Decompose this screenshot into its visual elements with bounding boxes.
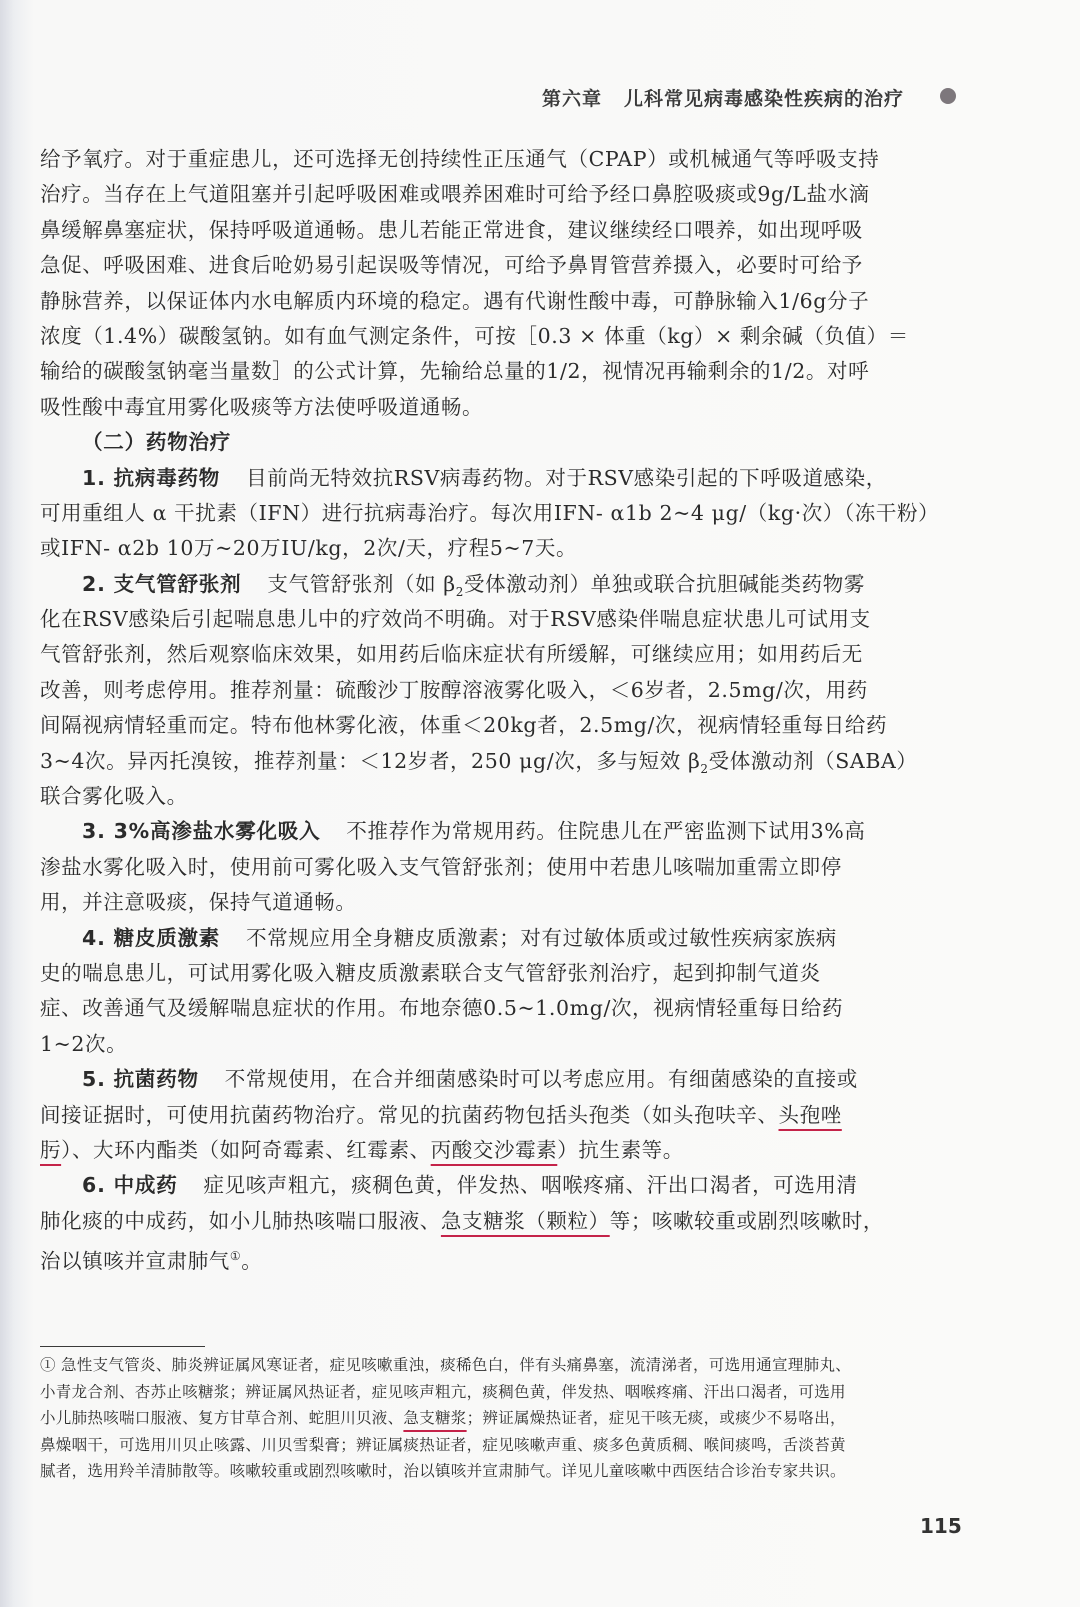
item-glucocorticoid: 4. 糖皮质激素不常规应用全身糖皮质激素；对有过敏体质或过敏性疾病家族病: [40, 921, 935, 956]
underlined-term: 急支糖浆（颗粒）: [441, 1209, 610, 1233]
text-line: 急促、呼吸困难、进食后呛奶易引起误吸等情况，可给予鼻胃管营养摄入，必要时可给予: [40, 248, 935, 283]
body-text: 给予氧疗。对于重症患儿，还可选择无创持续性正压通气（CPAP）或机械通气等呼吸支…: [40, 142, 935, 1275]
text-line: 化在RSV感染后引起喘息患儿中的疗效尚不明确。对于RSV感染伴喘息症状患儿可试用…: [40, 602, 935, 637]
text-line: 1~2次。: [40, 1027, 935, 1062]
footnote-line: 腻者，选用羚羊清肺散等。咳嗽较重或剧烈咳嗽时，治以镇咳并宣肃肺气。详见儿童咳嗽中…: [40, 1458, 940, 1485]
text-line: 间隔视病情轻重而定。特布他林雾化液，体重＜20kg者，2.5mg/次，视病情轻重…: [40, 708, 935, 743]
item-chinese-patent-medicine: 6. 中成药症见咳声粗亢，痰稠色黄，伴发热、咽喉疼痛、汗出口渴者，可选用清: [40, 1168, 935, 1203]
text-line: 或IFN- α2b 10万~20万IU/kg，2次/天，疗程5~7天。: [40, 531, 935, 566]
text-line: 间接证据时，可使用抗菌药物治疗。常见的抗菌药物包括头孢类（如头孢呋辛、头孢唑: [40, 1098, 935, 1133]
underlined-term: 头孢唑: [779, 1103, 842, 1127]
underlined-term: 肟: [40, 1138, 61, 1162]
text-line: 联合雾化吸入。: [40, 779, 935, 814]
chapter-number: 第六章: [542, 88, 602, 110]
chapter-title: 儿科常见病毒感染性疾病的治疗: [624, 88, 904, 110]
item-antiviral: 1. 抗病毒药物目前尚无特效抗RSV病毒药物。对于RSV感染引起的下呼吸道感染，: [40, 461, 935, 496]
text-line: 气管舒张剂，然后观察临床效果，如用药后临床症状有所缓解，可继续应用；如用药后无: [40, 637, 935, 672]
text-line: 渗盐水雾化吸入时，使用前可雾化吸入支气管舒张剂；使用中若患儿咳喘加重需立即停: [40, 850, 935, 885]
footnote-line: 小儿肺热咳喘口服液、复方甘草合剂、蛇胆川贝液、急支糖浆；辨证属燥热证者，症见干咳…: [40, 1405, 940, 1432]
item-title: 3. 3%高渗盐水雾化吸入: [82, 819, 320, 843]
header-dot-icon: [940, 88, 956, 104]
footnote-ref[interactable]: ①: [230, 1249, 241, 1263]
text-line: 治以镇咳并宣肃肺气①。: [40, 1239, 935, 1274]
text-line: 输给的碳酸氢钠毫当量数］的公式计算，先输给总量的1/2，视情况再输剩余的1/2。…: [40, 354, 935, 389]
footnote: ① 急性支气管炎、肺炎辨证属风寒证者，症见咳嗽重浊，痰稀色白，伴有头痛鼻塞，流清…: [40, 1352, 940, 1485]
text-line: 浓度（1.4%）碳酸氢钠。如有血气测定条件，可按［0.3 × 体重（kg）× 剩…: [40, 319, 935, 354]
text-line: 史的喘息患儿，可试用雾化吸入糖皮质激素联合支气管舒张剂治疗，起到抑制气道炎: [40, 956, 935, 991]
underlined-term: 急支糖浆: [403, 1409, 466, 1427]
text-line: 鼻缓解鼻塞症状，保持呼吸道通畅。患儿若能正常进食，建议继续经口喂养，如出现呼吸: [40, 213, 935, 248]
footnote-line: 鼻燥咽干，可选用川贝止咳露、川贝雪梨膏；辨证属痰热证者，症见咳嗽声重、痰多色黄质…: [40, 1432, 940, 1459]
text-line: 给予氧疗。对于重症患儿，还可选择无创持续性正压通气（CPAP）或机械通气等呼吸支…: [40, 142, 935, 177]
item-hypertonic-saline: 3. 3%高渗盐水雾化吸入不推荐作为常规用药。住院患儿在严密监测下试用3%高: [40, 814, 935, 849]
book-page: 第六章儿科常见病毒感染性疾病的治疗 给予氧疗。对于重症患儿，还可选择无创持续性正…: [0, 0, 1080, 1607]
running-head: 第六章儿科常见病毒感染性疾病的治疗: [542, 84, 904, 111]
item-title: 4. 糖皮质激素: [82, 926, 220, 950]
text-line: 肺化痰的中成药，如小儿肺热咳喘口服液、急支糖浆（颗粒）等；咳嗽较重或剧烈咳嗽时，: [40, 1204, 935, 1239]
text-line: 用，并注意吸痰，保持气道通畅。: [40, 885, 935, 920]
item-antibacterial: 5. 抗菌药物不常规使用，在合并细菌感染时可以考虑应用。有细菌感染的直接或: [40, 1062, 935, 1097]
text-line: 吸性酸中毒宜用雾化吸痰等方法使呼吸道通畅。: [40, 390, 935, 425]
item-title: 2. 支气管舒张剂: [82, 572, 241, 596]
footnote-divider: [40, 1346, 205, 1347]
text-line: 3~4次。异丙托溴铵，推荐剂量：＜12岁者，250 μg/次，多与短效 β2受体…: [40, 744, 935, 779]
text-line: 改善，则考虑停用。推荐剂量：硫酸沙丁胺醇溶液雾化吸入，＜6岁者，2.5mg/次，…: [40, 673, 935, 708]
text-line: 静脉营养，以保证体内水电解质内环境的稳定。遇有代谢性酸中毒，可静脉输入1/6g分…: [40, 284, 935, 319]
text-line: 肟）、大环内酯类（如阿奇霉素、红霉素、丙酸交沙霉素）抗生素等。: [40, 1133, 935, 1168]
underlined-term: 丙酸交沙霉素: [431, 1138, 558, 1162]
item-title: 6. 中成药: [82, 1173, 178, 1197]
text-line: 症、改善通气及缓解喘息症状的作用。布地奈德0.5~1.0mg/次，视病情轻重每日…: [40, 991, 935, 1026]
item-bronchodilator: 2. 支气管舒张剂支气管舒张剂（如 β2受体激动剂）单独或联合抗胆碱能类药物雾: [40, 567, 935, 602]
text-line: 治疗。当存在上气道阻塞并引起呼吸困难或喂养困难时可给予经口鼻腔吸痰或9g/L盐水…: [40, 177, 935, 212]
footnote-marker: ①: [40, 1356, 56, 1374]
text-line: 可用重组人 α 干扰素（IFN）进行抗病毒治疗。每次用IFN- α1b 2~4 …: [40, 496, 935, 531]
section-heading: （二）药物治疗: [40, 425, 935, 460]
footnote-line: ① 急性支气管炎、肺炎辨证属风寒证者，症见咳嗽重浊，痰稀色白，伴有头痛鼻塞，流清…: [40, 1352, 940, 1379]
item-title: 1. 抗病毒药物: [82, 466, 220, 490]
page-number: 115: [920, 1514, 962, 1538]
footnote-line: 小青龙合剂、杏苏止咳糖浆；辨证属风热证者，症见咳声粗亢，痰稠色黄，伴发热、咽喉疼…: [40, 1379, 940, 1406]
item-title: 5. 抗菌药物: [82, 1067, 199, 1091]
